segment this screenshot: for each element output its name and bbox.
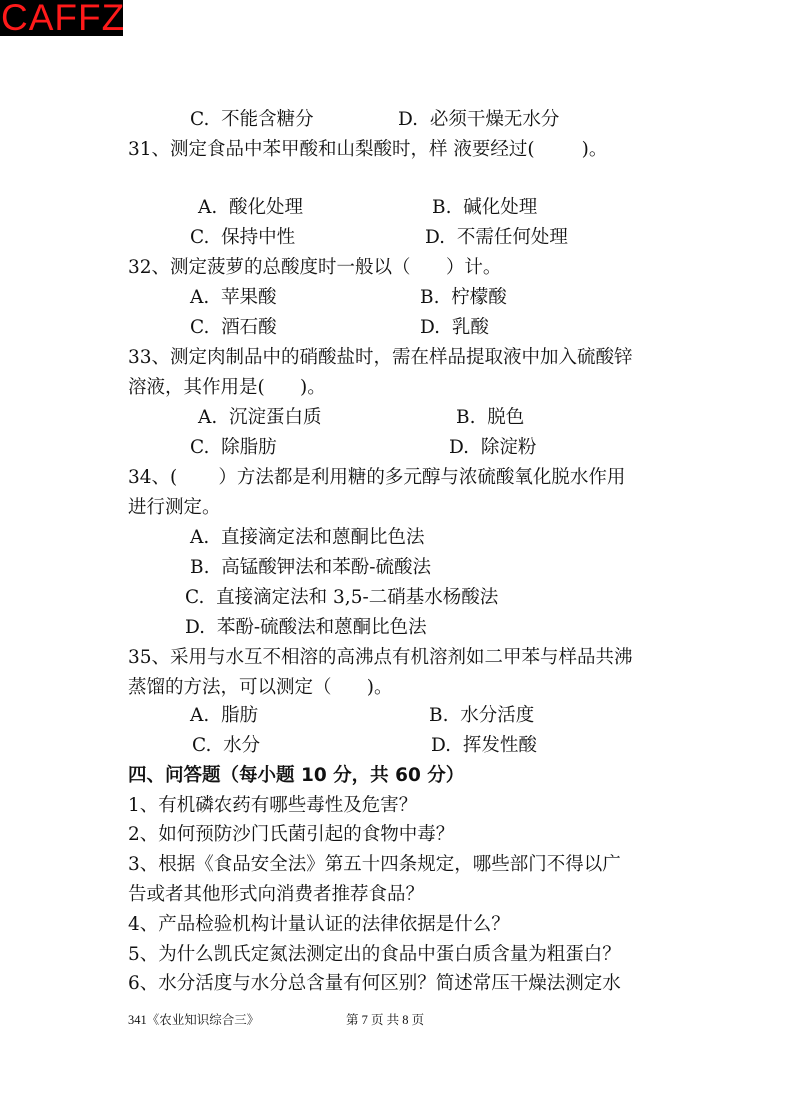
option-q32-c: C. 酒石酸 <box>190 316 277 340</box>
option-q31-a: A. 酸化处理 <box>198 196 303 220</box>
question-35-stem-line2: 蒸馏的方法，可以测定（ )。 <box>128 676 393 700</box>
option-q30-d: D. 必须干燥无水分 <box>398 108 559 132</box>
option-q35-d: D. 挥发性酸 <box>431 734 537 758</box>
option-q33-a: A. 沉淀蛋白质 <box>198 406 322 430</box>
question-32-stem: 32、测定菠萝的总酸度时一般以（ ）计。 <box>128 256 501 280</box>
option-q33-c: C. 除脂肪 <box>190 436 277 460</box>
footer-course-title: 341《农业知识综合三》 <box>128 1012 259 1028</box>
option-q35-a: A. 脂肪 <box>190 704 258 728</box>
option-q32-d: D. 乳酸 <box>420 316 489 340</box>
section-heading-essay: 四、问答题（每小题 10 分，共 60 分） <box>128 764 464 788</box>
option-q30-c: C. 不能含糖分 <box>190 108 314 132</box>
question-33-stem-line2: 溶液，其作用是( )。 <box>128 376 326 400</box>
option-q34-b: B. 高锰酸钾法和苯酚-硫酸法 <box>190 556 431 580</box>
footer-page-info: 第 7 页 共 8 页 <box>346 1012 424 1028</box>
option-q32-a: A. 苹果酸 <box>190 286 277 310</box>
essay-question-2: 2、如何预防沙门氏菌引起的食物中毒？ <box>128 823 454 847</box>
question-31-stem: 31、测定食品中苯甲酸和山梨酸时，样 液要经过( )。 <box>128 138 607 162</box>
option-q35-c: C. 水分 <box>192 734 260 758</box>
essay-question-5: 5、为什么凯氏定氮法测定出的食品中蛋白质含量为粗蛋白？ <box>128 943 621 967</box>
option-q31-c: C. 保持中性 <box>190 226 295 250</box>
question-34-stem-line2: 进行测定。 <box>128 496 221 520</box>
essay-question-1: 1、有机磷农药有哪些毒性及危害？ <box>128 794 417 818</box>
essay-question-3-line2: 告或者其他形式向消费者推荐食品？ <box>128 883 424 907</box>
option-q34-d: D. 苯酚-硫酸法和蒽酮比色法 <box>185 616 427 640</box>
option-q34-c: C. 直接滴定法和 3,5-二硝基水杨酸法 <box>185 586 498 610</box>
essay-question-4: 4、产品检验机构计量认证的法律依据是什么？ <box>128 913 510 937</box>
question-35-stem-line1: 35、采用与水互不相溶的高沸点有机溶剂如二甲苯与样品共沸 <box>128 646 633 670</box>
essay-question-6: 6、水分活度与水分总含量有何区别？简述常压干燥法测定水 <box>128 972 621 996</box>
option-q33-b: B. 脱色 <box>456 406 524 430</box>
essay-question-3-line1: 3、根据《食品安全法》第五十四条规定，哪些部门不得以广 <box>128 853 621 877</box>
option-q35-b: B. 水分活度 <box>429 704 534 728</box>
option-q32-b: B. 柠檬酸 <box>420 286 507 310</box>
question-34-stem-line1: 34、( ）方法都是利用糖的多元醇与浓硫酸氧化脱水作用 <box>128 466 625 490</box>
option-q31-d: D. 不需任何处理 <box>425 226 568 250</box>
option-q34-a: A. 直接滴定法和蒽酮比色法 <box>190 526 425 550</box>
option-q33-d: D. 除淀粉 <box>449 436 536 460</box>
option-q31-b: B. 碱化处理 <box>432 196 537 220</box>
logo-watermark: CAFFZ <box>0 0 123 36</box>
question-33-stem-line1: 33、测定肉制品中的硝酸盐时，需在样品提取液中加入硫酸锌 <box>128 346 633 370</box>
